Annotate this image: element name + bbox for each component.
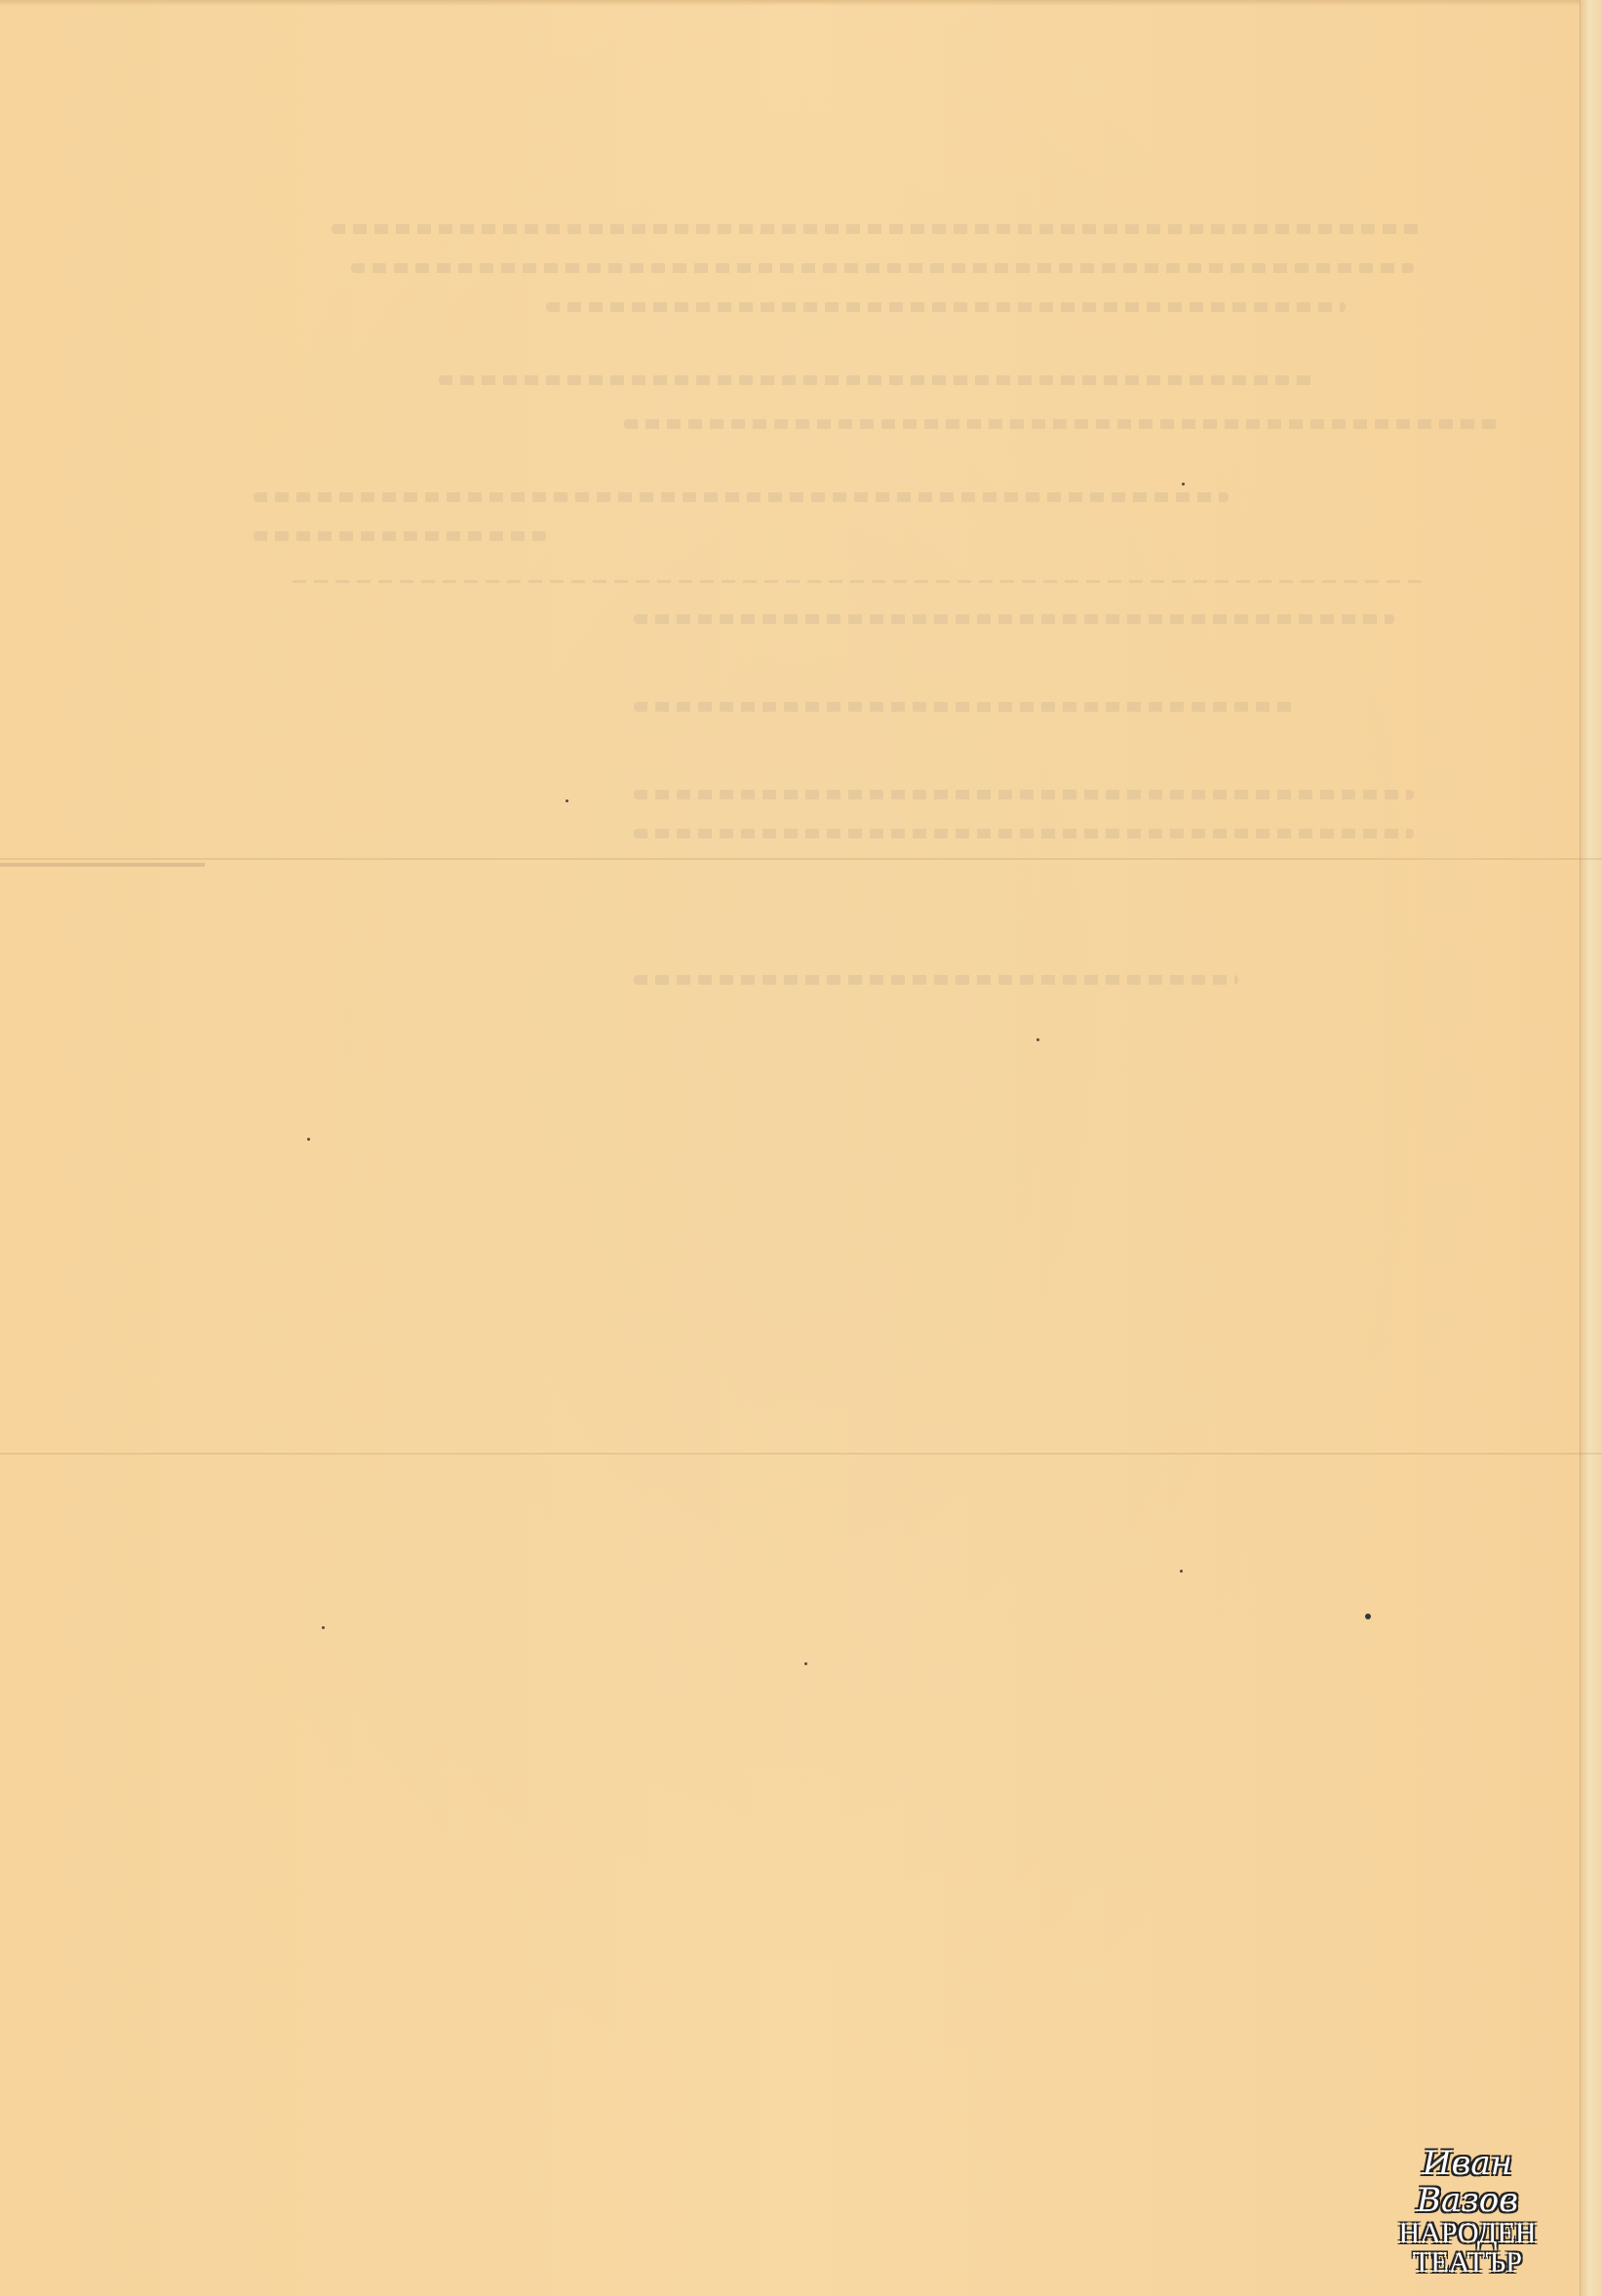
smudge-mark	[0, 863, 205, 867]
ink-speck	[566, 799, 568, 802]
show-through-text-line	[351, 263, 1414, 273]
show-through-text-line	[624, 419, 1502, 429]
show-through-text-line	[293, 580, 1424, 583]
paper-sheet	[0, 0, 1602, 2296]
national-theatre-logo: Иван Вазов НАРОДЕН ТЕАТЪР	[1385, 2145, 1550, 2277]
logo-script-name: Иван Вазов	[1385, 2145, 1550, 2219]
show-through-text-line	[439, 375, 1316, 385]
logo-line-2: ТЕАТЪР	[1385, 2248, 1550, 2277]
show-through-text-line	[634, 975, 1238, 985]
right-page-edge	[1580, 0, 1602, 2296]
ink-speck	[1180, 1570, 1183, 1573]
top-edge-shadow	[0, 0, 1602, 6]
show-through-text-line	[634, 702, 1297, 712]
ink-speck	[307, 1138, 310, 1141]
fold-line	[0, 858, 1602, 860]
fold-line	[0, 1453, 1602, 1455]
ink-speck	[1036, 1038, 1039, 1041]
show-through-text-line	[546, 302, 1346, 312]
logo-line-1: НАРОДЕН	[1385, 2219, 1550, 2248]
ink-speck	[1365, 1614, 1371, 1619]
show-through-text-line	[254, 531, 546, 541]
ink-speck	[804, 1662, 807, 1665]
show-through-text-line	[634, 614, 1394, 624]
show-through-text-line	[634, 790, 1414, 799]
show-through-text-line	[634, 829, 1414, 838]
ink-speck	[322, 1626, 325, 1629]
show-through-text-line	[254, 492, 1229, 502]
show-through-text-line	[332, 224, 1424, 234]
ink-speck	[1182, 483, 1185, 486]
